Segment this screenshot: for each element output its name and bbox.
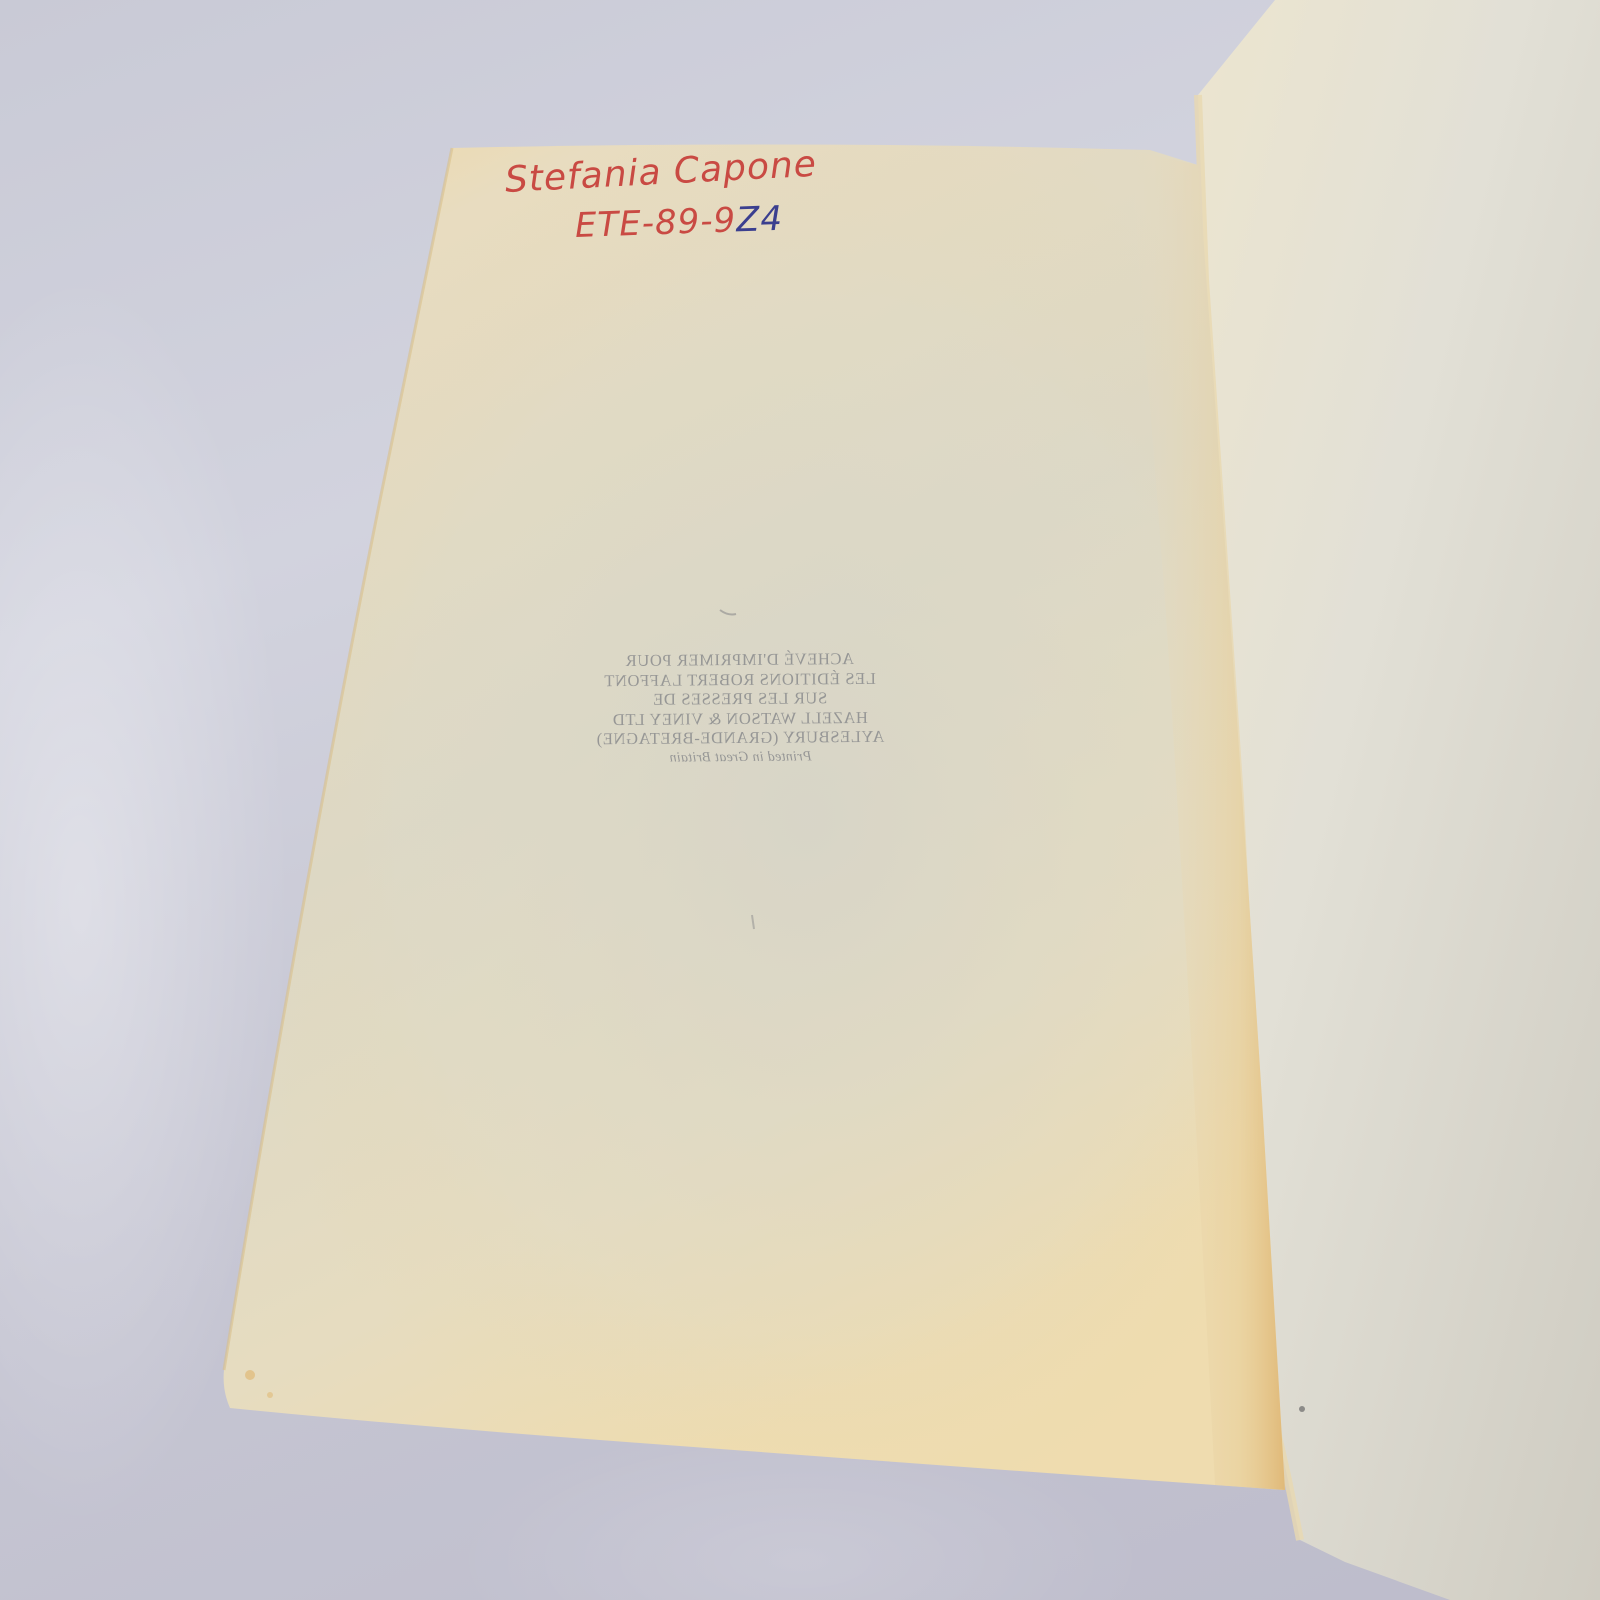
imprint-line: AYLESBURY (GRANDE-BRETAGNE) <box>590 727 890 749</box>
handwritten-code-red: ETE-89-9 <box>574 200 736 246</box>
handwritten-code: ETE-89-9Z4 <box>574 199 783 246</box>
imprint-line: HAZELL WATSON & VINEY LTD <box>590 707 890 729</box>
imprint-line: Printed in Great Britain <box>590 746 890 768</box>
imprint-line: ACHEVÉ D'IMPRIMER POUR <box>589 649 889 671</box>
photo-scene: Stefania Capone ETE-89-9Z4 ACHEVÉ D'IMPR… <box>0 0 1600 1600</box>
imprint-line: LES ÉDITIONS ROBERT LAFFONT <box>590 668 890 690</box>
open-book <box>0 0 1600 1600</box>
printer-imprint-showthrough: ACHEVÉ D'IMPRIMER POUR LES ÉDITIONS ROBE… <box>589 649 890 769</box>
imprint-line: SUR LES PRESSES DE <box>590 688 890 710</box>
handwritten-code-blue: Z4 <box>735 199 783 241</box>
